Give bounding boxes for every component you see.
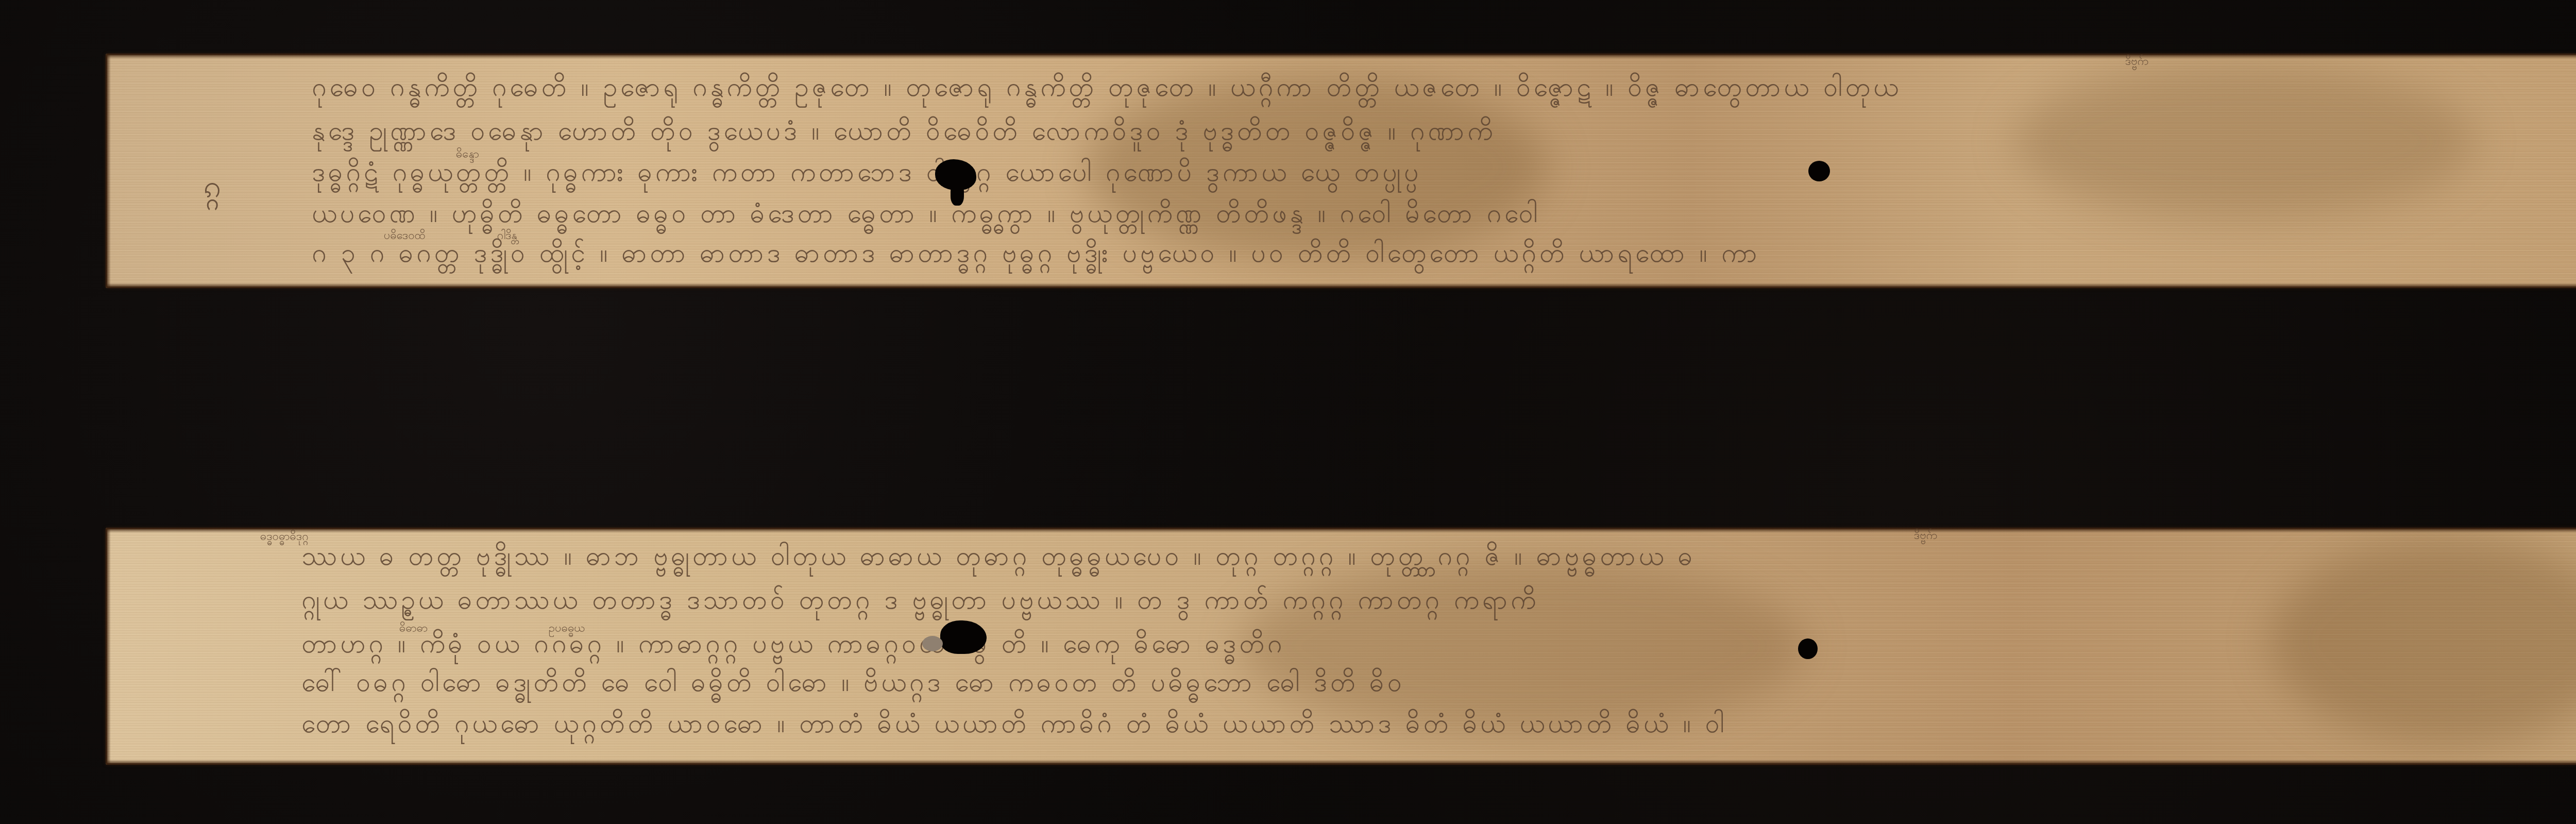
text-line: ဓေါ် ဝဓဂ္ဂ ဝါဓော ဓဒ္ဓုတိတိ ဓေ ဝေါ ဓဓ္ဓိတ… [301, 669, 1405, 695]
text-line: တော ရေဝိတိ ဂုယဓော ယုဂ္ဂတိတိ ယာဝဓော ။ တာတ… [301, 711, 1727, 736]
interlinear-gloss: ဒိဗ္ဗဂ်ာ [1914, 528, 1938, 545]
round-hole [1798, 638, 1818, 659]
text-line: ဿယ ဓ တတ္တ ဗုဒ္ဓိုဿ ။ ဓာဘ ဗ္ဗဓ္ဓုတာယ ဝါတု… [301, 543, 1696, 569]
hole-fiber-patch [922, 636, 943, 651]
interlinear-gloss: ဓဒ္ဓဝဓ္ဓာဓိဒုဂ္ဂ [260, 529, 309, 546]
text-line: ဂ ၃ ဂ ဓဂတ္တ ဒုဒ္ဓိုဝ ထွိုင့် ။ ဓာတာ ဓာတာ… [312, 240, 1760, 266]
irregular-hole [951, 182, 964, 206]
interlinear-gloss: ဥပဓဓ္ဓယ [549, 620, 585, 637]
text-line: ဂုဓေဝ ဂန္ဓကိတ္တိ ဂုဓေတိ ။ ဥဇောရု ဂန္ဓကိတ… [312, 74, 1902, 100]
text-line: နုဒ္ဒေ ဥုဏ္ဏာဒေ ဝဓေနုာ ဟောတိ တိုဝ ဒွယေပဒ… [312, 118, 1496, 144]
interlinear-gloss: ဓိဓာဓာ [399, 620, 428, 637]
interlinear-gloss: ပဓိဒေဝထိ [384, 228, 426, 245]
text-line: ယပဝေဏ ။ ဟုဓ္ဓိတိ ဓဓ္ဓတော ဓဓ္ဓဝ တာ ဓံဒေတာ… [312, 200, 1540, 226]
bottom-palm-leaf: ဿယ ဓ တတ္တ ဗုဒ္ဓိုဿ ။ ဓာဘ ဗ္ဗဓ္ဓုတာယ ဝါတု… [106, 528, 2576, 765]
text-line: ဂ္ဂုယ ဿဥ္ဓယ ဓတာဿယ တတာဒ္ဓ ဒသာတဝ် တုတဂ္ဂ ဒ… [301, 587, 1539, 613]
text-line: တာဟဂ္ဂ ။ ကိဓုံ ဝယ ဂဂဓဂ္ဂ ။ ကာဓာဂ္ဂဂ္ဂ ပဗ… [301, 631, 1285, 657]
interlinear-gloss: ဒိဗ္ဗဂ်ာ [2125, 54, 2149, 71]
interlinear-gloss: ဂါဒိန္တ [497, 228, 517, 245]
top-palm-leaf: ၵ္ဂ ဂုဓေဝ ဂန္ဓကိတ္တိ ဂုဓေတိ ။ ဥဇောရု ဂန္… [106, 54, 2576, 288]
round-hole [1808, 161, 1830, 181]
interlinear-gloss: ဓိန္ဒော [456, 146, 479, 163]
leaf-number-marginal: ၵ္ဂ [204, 167, 221, 212]
irregular-hole [940, 620, 987, 654]
